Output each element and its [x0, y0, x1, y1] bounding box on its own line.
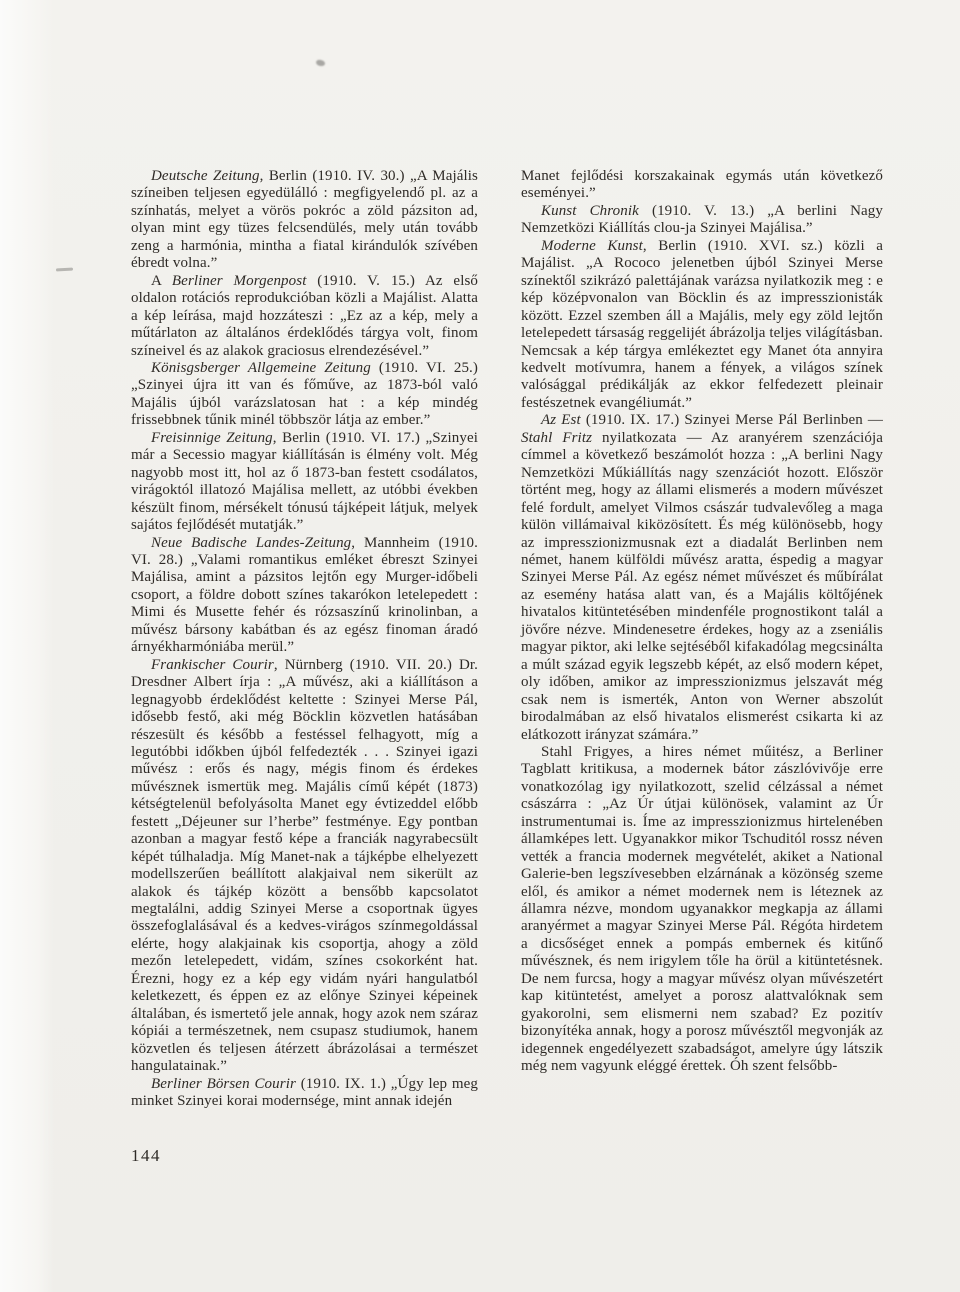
text-run: , Berlin (1910. XVI. sz.) közli a Majáli… [521, 238, 883, 411]
scan-speck [315, 59, 326, 68]
scanned-book-page: { "page": { "number": "144" }, "colors":… [0, 0, 960, 1292]
journal-title: Neue Badische Landes-Zeitung [151, 535, 351, 551]
paragraph: Berliner Börsen Courir (1910. IX. 1.) „Ú… [131, 1076, 478, 1111]
text-run: (1910. IX. 17.) Szinyei Merse Pál Berlin… [581, 412, 883, 428]
journal-title: Kunst Chronik [541, 203, 639, 219]
paragraph: Kunst Chronik (1910. V. 13.) „A berlini … [521, 203, 883, 238]
journal-title: Stahl Fritz [521, 430, 592, 446]
paragraph: Stahl Frigyes, a hires német műitész, a … [521, 744, 883, 1076]
text-run: , Nürnberg (1910. VII. 20.) Dr. Dresdner… [131, 657, 478, 1074]
journal-title: Moderne Kunst [541, 238, 643, 254]
paragraph: Moderne Kunst, Berlin (1910. XVI. sz.) k… [521, 238, 883, 413]
text-run: Stahl Frigyes, a hires német műitész, a … [521, 744, 883, 1074]
paragraph: Az Est (1910. IX. 17.) Szinyei Merse Pál… [521, 412, 883, 744]
page-number: 144 [131, 1146, 161, 1166]
paragraph: Deutsche Zeitung, Berlin (1910. IV. 30.)… [131, 168, 478, 273]
text-run: A [151, 273, 172, 289]
journal-title: Berliner Börsen Courir [151, 1076, 296, 1092]
text-column-right: Manet fejlődési korszakainak egymás után… [521, 168, 883, 1076]
text-run: nyilatkozata — Az aranyérem szenzációja … [521, 430, 883, 743]
journal-title: Deutsche Zeitung [151, 168, 260, 184]
journal-title: Könisgsberger Allgemeine Zeitung [151, 360, 371, 376]
journal-title: Frankischer Courir [151, 657, 274, 673]
text-run: Manet fejlődési korszakainak egymás után… [521, 168, 883, 201]
paragraph: Frankischer Courir, Nürnberg (1910. VII.… [131, 657, 478, 1076]
scan-edge-strip [0, 0, 54, 1292]
paragraph: Neue Badische Landes-Zeitung, Mannheim (… [131, 535, 478, 657]
text-column-left: Deutsche Zeitung, Berlin (1910. IV. 30.)… [131, 168, 478, 1110]
journal-title: Berliner Morgenpost [172, 273, 307, 289]
paragraph: Könisgsberger Allgemeine Zeitung (1910. … [131, 360, 478, 430]
paragraph: A Berliner Morgenpost (1910. V. 15.) Az … [131, 273, 478, 360]
text-run: , Mannheim (1910. VI. 28.) „Valami roman… [131, 535, 478, 656]
journal-title: Az Est [541, 412, 581, 428]
paragraph: Manet fejlődési korszakainak egymás után… [521, 168, 883, 203]
journal-title: Freisinnige Zeitung [151, 430, 273, 446]
margin-tick [56, 268, 73, 272]
paragraph: Freisinnige Zeitung, Berlin (1910. VI. 1… [131, 430, 478, 535]
